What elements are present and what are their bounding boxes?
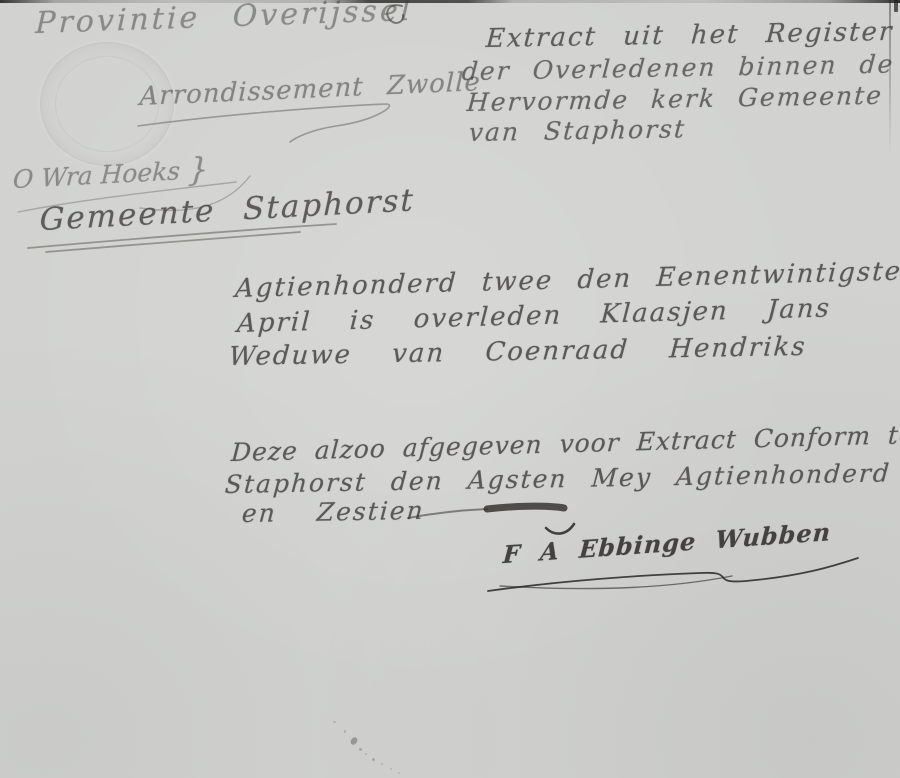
- ink-blot: [349, 736, 359, 746]
- extract-header-line-4: van Staphorst: [468, 114, 687, 147]
- extract-header-line-1: Extract uit het Register: [485, 17, 894, 54]
- zestien-dash-heavy: [487, 506, 564, 509]
- act-body-line-3: Weduwe van Coenraad Hendriks: [228, 332, 808, 372]
- arrondissement-heading: Arrondissement Zwolle: [139, 67, 481, 112]
- marginal-annotation-brace: }: [187, 150, 209, 189]
- signature-underline-crossing: [500, 576, 732, 589]
- ink-speck: [344, 730, 346, 733]
- ink-speck: [381, 763, 383, 765]
- marginal-annotation: O Wra Hoeks }: [12, 150, 209, 198]
- ink-speck: [359, 748, 362, 751]
- closing-line-3: en Zestien: [241, 496, 426, 528]
- ink-speck: [398, 772, 400, 774]
- ink-speck: [333, 721, 336, 723]
- extract-header-line-3: Hervormde kerk Gemeente: [466, 81, 884, 117]
- scanned-document-page: Provintie Overijssel Arrondissement Zwol…: [0, 0, 900, 778]
- province-heading: Provintie Overijssel: [35, 0, 414, 41]
- ink-speck: [365, 753, 367, 755]
- ink-speck: [372, 758, 375, 761]
- marginal-annotation-text: O Wra Hoeks: [12, 156, 181, 194]
- ink-speck: [390, 768, 392, 770]
- signature-upper-curl: [546, 524, 574, 534]
- scan-corner-mark: [894, 0, 898, 12]
- signature: F A Ebbinge Wubben: [502, 517, 832, 569]
- extract-header-line-2: der Overledenen binnen de: [461, 49, 895, 86]
